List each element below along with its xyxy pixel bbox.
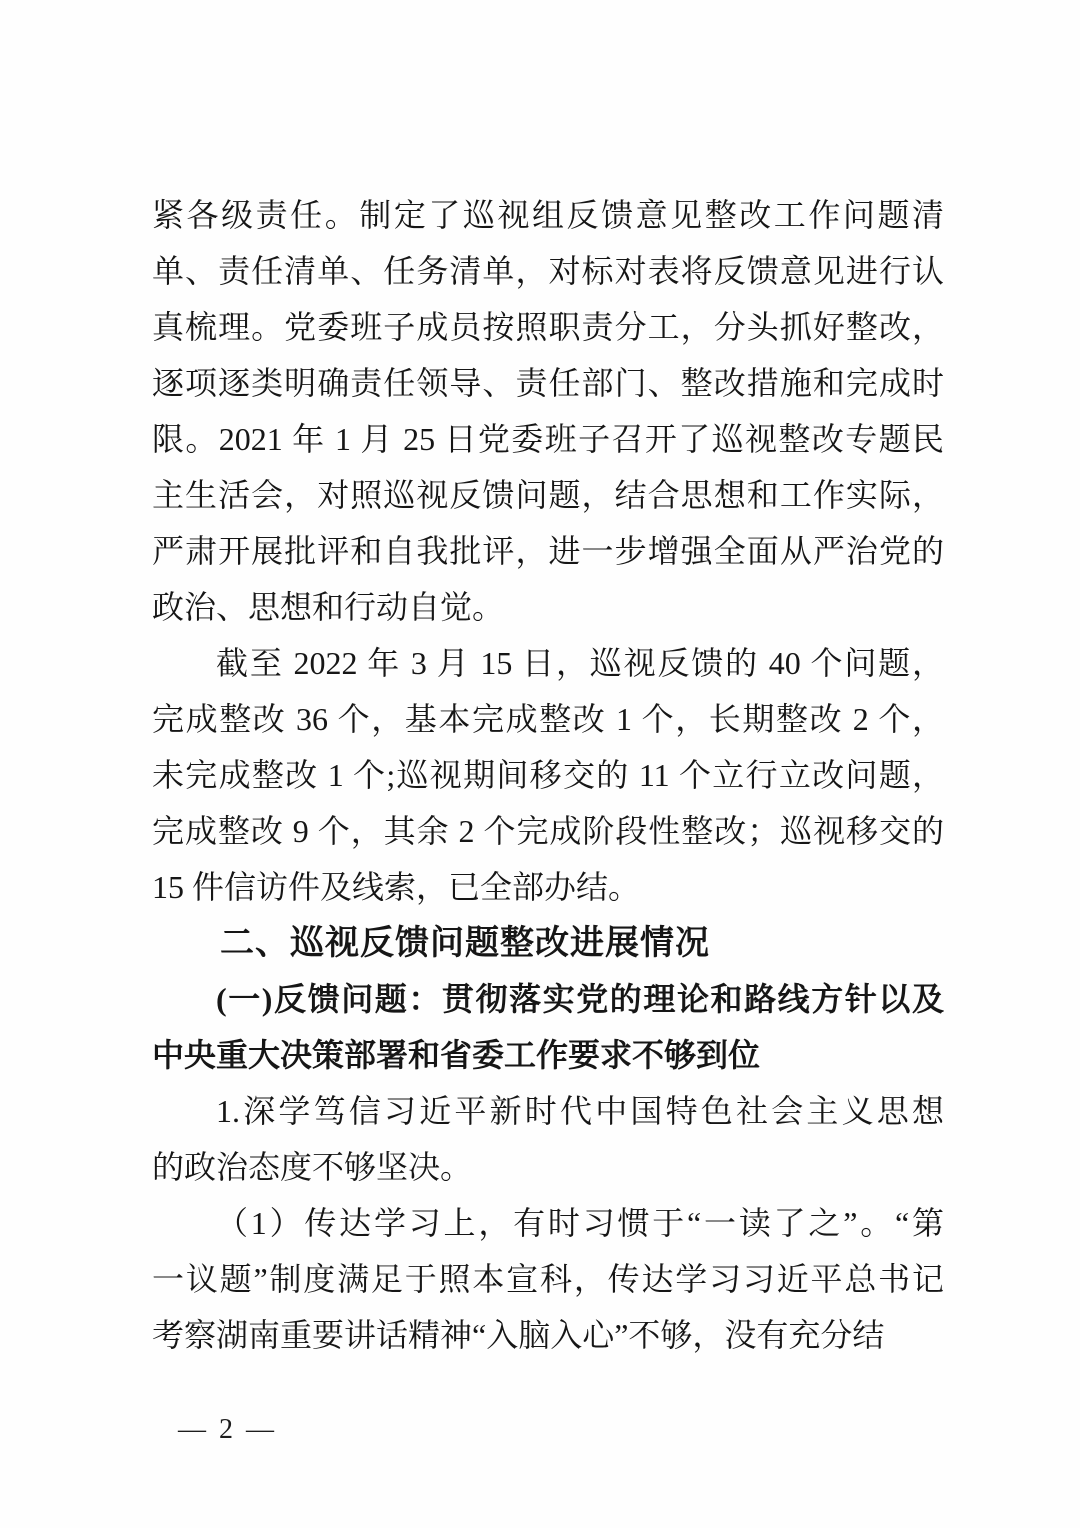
text-line: 未完成整改 1 个;巡视期间移交的 11 个立行立改问题，	[152, 747, 944, 803]
text-line: 严肃开展批评和自我批评，进一步增强全面从严治党的	[152, 523, 944, 579]
text-line: 考察湖南重要讲话精神“入脑入心”不够，没有充分结	[152, 1307, 944, 1363]
text-line: 一议题”制度满足于照本宣科，传达学习习近平总书记	[152, 1251, 944, 1307]
text-line: 政治、思想和行动自觉。	[152, 579, 944, 635]
text-line: 完成整改 36 个，基本完成整改 1 个，长期整改 2 个，	[152, 691, 944, 747]
text-line: 截至 2022 年 3 月 15 日，巡视反馈的 40 个问题，	[152, 635, 944, 691]
text-line: 紧各级责任。制定了巡视组反馈意见整改工作问题清	[152, 187, 944, 243]
text-line: 单、责任清单、任务清单，对标对表将反馈意见进行认	[152, 243, 944, 299]
text-line: 中央重大决策部署和省委工作要求不够到位	[152, 1027, 944, 1083]
text-line: 的政治态度不够坚决。	[152, 1139, 944, 1195]
body-paragraph-item1: （1）传达学习上，有时习惯于“一读了之”。“第一议题”制度满足于照本宣科，传达学…	[152, 1195, 944, 1363]
text-line: 逐项逐类明确责任领导、责任部门、整改措施和完成时	[152, 355, 944, 411]
text-line: 主生活会，对照巡视反馈问题，结合思想和工作实际，	[152, 467, 944, 523]
text-line: (一)反馈问题：贯彻落实党的理论和路线方针以及	[152, 971, 944, 1027]
text-line: （1）传达学习上，有时习惯于“一读了之”。“第	[152, 1195, 944, 1251]
section-heading: 二、巡视反馈问题整改进展情况	[152, 915, 944, 971]
text-line: 二、巡视反馈问题整改进展情况	[152, 915, 944, 971]
text-line: 1.深学笃信习近平新时代中国特色社会主义思想	[152, 1083, 944, 1139]
body-paragraph-point1: 1.深学笃信习近平新时代中国特色社会主义思想的政治态度不够坚决。	[152, 1083, 944, 1195]
text-line: 完成整改 9 个，其余 2 个完成阶段性整改；巡视移交的	[152, 803, 944, 859]
sub-heading-feedback-problem: (一)反馈问题：贯彻落实党的理论和路线方针以及中央重大决策部署和省委工作要求不够…	[152, 971, 944, 1083]
text-line: 真梳理。党委班子成员按照职责分工，分头抓好整改，	[152, 299, 944, 355]
document-body: 紧各级责任。制定了巡视组反馈意见整改工作问题清单、责任清单、任务清单，对标对表将…	[152, 187, 944, 1363]
body-paragraph-carryover: 紧各级责任。制定了巡视组反馈意见整改工作问题清单、责任清单、任务清单，对标对表将…	[152, 187, 944, 635]
text-line: 15 件信访件及线索，已全部办结。	[152, 859, 944, 915]
document-page: 紧各级责任。制定了巡视组反馈意见整改工作问题清单、责任清单、任务清单，对标对表将…	[0, 0, 1080, 1528]
body-paragraph-progress-stats: 截至 2022 年 3 月 15 日，巡视反馈的 40 个问题，完成整改 36 …	[152, 635, 944, 915]
text-line: 限。2021 年 1 月 25 日党委班子召开了巡视整改专题民	[152, 411, 944, 467]
page-number: — 2 —	[178, 1410, 277, 1450]
